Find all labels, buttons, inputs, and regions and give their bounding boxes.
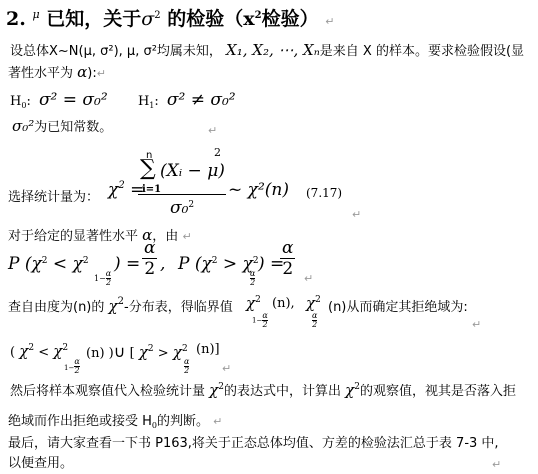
- h1-expression: σ² ≠ σ₀²: [167, 90, 236, 110]
- chi-square-lhs: χ2 =: [108, 180, 144, 200]
- numerator-exponent: 2: [214, 146, 221, 159]
- heading-number: 2.: [6, 8, 26, 30]
- chi-exponent: 2: [182, 344, 188, 354]
- heading-text-2: 的检验（: [167, 8, 243, 30]
- paragraph-mark-icon: ↵: [472, 318, 481, 331]
- chi-symbol: χ: [109, 297, 118, 315]
- less-than: <: [38, 345, 49, 360]
- alpha-over-two-left: α2: [142, 238, 157, 279]
- denominator-exponent: 2: [188, 200, 194, 210]
- final-note-line-1: 最后，请大家查看一下书 P163,将关于正态总体均值、方差的检验法汇总于表 7-…: [8, 432, 499, 451]
- equation-number: (7.17): [306, 186, 342, 200]
- fraction-numerator: α: [142, 238, 157, 259]
- open-paren: (: [10, 345, 15, 360]
- comma: ,: [160, 254, 165, 274]
- critical-value-2-subscript: α2: [312, 312, 317, 329]
- conclusion-text-b: 的表达式中，计算出: [224, 384, 341, 399]
- prob-right-subscript: α2: [250, 270, 255, 287]
- chi-symbol: χ: [173, 343, 182, 361]
- chi-exponent: 2: [118, 180, 124, 191]
- conclusion-text-tail: 的判断。: [157, 414, 209, 429]
- paragraph-mark-icon: ↵: [222, 362, 231, 375]
- rejection-region: ( χ2 < χ2: [10, 342, 68, 360]
- alpha-half-fraction: α2: [250, 270, 255, 287]
- numerator-expression: (Xᵢ − μ): [160, 161, 225, 181]
- degrees-of-freedom: (n): [86, 346, 105, 361]
- sigma-exponent: 2: [154, 10, 160, 21]
- statistic-label: 选择统计量为：: [8, 186, 99, 205]
- paragraph-mark-icon: ↵: [213, 415, 222, 428]
- chi-symbol: χ: [53, 342, 62, 360]
- one-minus-alpha-half: 1−: [94, 275, 106, 283]
- sigma0-symbol: σ₀²: [12, 117, 34, 135]
- h1-label: H: [138, 94, 149, 109]
- paragraph-mark-icon: ↵: [352, 208, 361, 221]
- chi-exponent: 2: [62, 343, 68, 353]
- fraction-numerator: α: [280, 238, 295, 259]
- chi-exponent: 2: [148, 344, 154, 354]
- known-constant-note: σ₀²为已知常数。: [12, 116, 112, 135]
- x-symbol: x: [243, 8, 254, 30]
- rejection-sub-2: α2: [184, 358, 189, 375]
- critical-value-1-subscript: 1−α2: [252, 312, 268, 329]
- chi-symbol: χ: [19, 342, 28, 360]
- h0-subscript: 0: [21, 101, 26, 110]
- heading-text-3: 检验）: [262, 8, 319, 30]
- hypotheses-line: H0: σ² = σ₀² H1: σ² ≠ σ₀²: [10, 90, 236, 110]
- section-heading: 2. μ 已知，关于σ2 的检验（x2检验） ↵: [6, 4, 334, 31]
- open-bracket: [: [130, 346, 135, 361]
- chi-symbol: χ: [139, 343, 148, 361]
- sample-variables: X₁, X₂, ⋯, Xₙ: [226, 41, 320, 59]
- summation-symbol: ∑: [140, 156, 156, 181]
- chi-exponent: 2: [118, 296, 124, 307]
- prob-left-rhs: ) =: [114, 254, 140, 274]
- significance-text: 对于给定的显著性水平: [8, 229, 138, 244]
- denominator: σ₀2: [170, 198, 194, 218]
- significance-statement: 对于给定的显著性水平 α，由 ↵: [8, 225, 192, 244]
- conclusion-text-c: 的观察值，视其是否落入拒: [360, 384, 516, 399]
- paragraph-mark-icon: ↵: [325, 15, 334, 28]
- lookup-line: 查自由度为(n)的 χ2-分布表，得临界值: [8, 296, 233, 315]
- heading-text-1: 已知，关于: [46, 8, 141, 30]
- prob-right-equation: P (χ2 > χ2: [178, 254, 259, 274]
- fraction-denominator: 2: [280, 259, 295, 279]
- fraction-denominator: 2: [142, 259, 157, 279]
- critical-value-1-tail: (n),: [272, 296, 295, 311]
- paragraph-mark-icon: ↵: [182, 230, 191, 243]
- paragraph-mark-icon: ↵: [492, 458, 501, 471]
- critical-value-2-tail: (n)从而确定其拒绝域为:: [328, 296, 468, 315]
- assumption-text-tail: 是来自 X 的样本。要求检验假设(显: [320, 44, 524, 59]
- assumption-text: 设总体X~N(μ, σ²), μ, σ²均属未知，: [10, 44, 222, 59]
- alpha-half-fraction: α2: [106, 270, 111, 287]
- paragraph-assumption: 设总体X~N(μ, σ²), μ, σ²均属未知， X₁, X₂, ⋯, Xₙ是…: [10, 40, 524, 59]
- significance-tail: ):: [87, 66, 96, 81]
- h0-subscript: 0: [152, 421, 157, 430]
- h0-label: H: [10, 94, 21, 109]
- prob-left-equation: P (χ2 < χ2: [8, 254, 89, 274]
- h1-subscript: 1: [149, 101, 154, 110]
- rejection-sub-1: 1−α2: [64, 358, 80, 375]
- h0-expression: σ² = σ₀²: [39, 90, 108, 110]
- alpha-over-two-right: α2: [280, 238, 295, 279]
- final-note-line-2: 以便查用。: [8, 452, 73, 471]
- paragraph-significance-level: 著性水平为 α):↵: [8, 62, 106, 81]
- greater-than: >: [158, 346, 169, 361]
- conclusion-line-1: 然后将样本观察值代入检验统计量 χ2的表达式中，计算出 χ2的观察值，视其是否落…: [10, 380, 516, 399]
- rejection-middle: (n) )∪ [ χ2 > χ2: [86, 342, 188, 361]
- sigma-symbol: σ: [141, 8, 154, 30]
- mu-symbol: μ: [32, 8, 39, 21]
- fraction-bar: [138, 194, 226, 195]
- prob-left-subscript: 1−α2: [94, 270, 111, 287]
- x-exponent: 2: [255, 10, 262, 21]
- lookup-text-1: 查自由度为(n)的: [8, 300, 104, 315]
- critical-value-1: χ2: [246, 294, 261, 312]
- chi-square-distribution: ~ χ²(n): [228, 180, 289, 200]
- conclusion-text-a: 然后将样本观察值代入检验统计量: [10, 384, 205, 399]
- paragraph-mark-icon: ↵: [304, 272, 313, 285]
- significance-label: 著性水平为: [8, 66, 73, 81]
- paragraph-mark-icon: ↵: [97, 67, 106, 80]
- union-symbol: ∪: [114, 342, 126, 361]
- known-constant-text: 为已知常数。: [34, 120, 112, 135]
- chi-exponent: 2: [28, 343, 34, 353]
- rejection-tail: (n)]: [196, 342, 220, 357]
- chi-symbol: χ: [108, 180, 118, 200]
- alpha-symbol: α: [77, 63, 87, 81]
- paragraph-mark-icon: ↵: [208, 124, 217, 137]
- lookup-text-2: -分布表，得临界值: [124, 300, 233, 315]
- conclusion-text-2: 绝域而作出拒绝或接受 H: [8, 414, 152, 429]
- critical-value-2: χ2: [306, 294, 321, 312]
- conclusion-line-2: 绝域而作出拒绝或接受 H0的判断。 ↵: [8, 410, 222, 429]
- sigma0-denominator: σ₀: [170, 198, 188, 218]
